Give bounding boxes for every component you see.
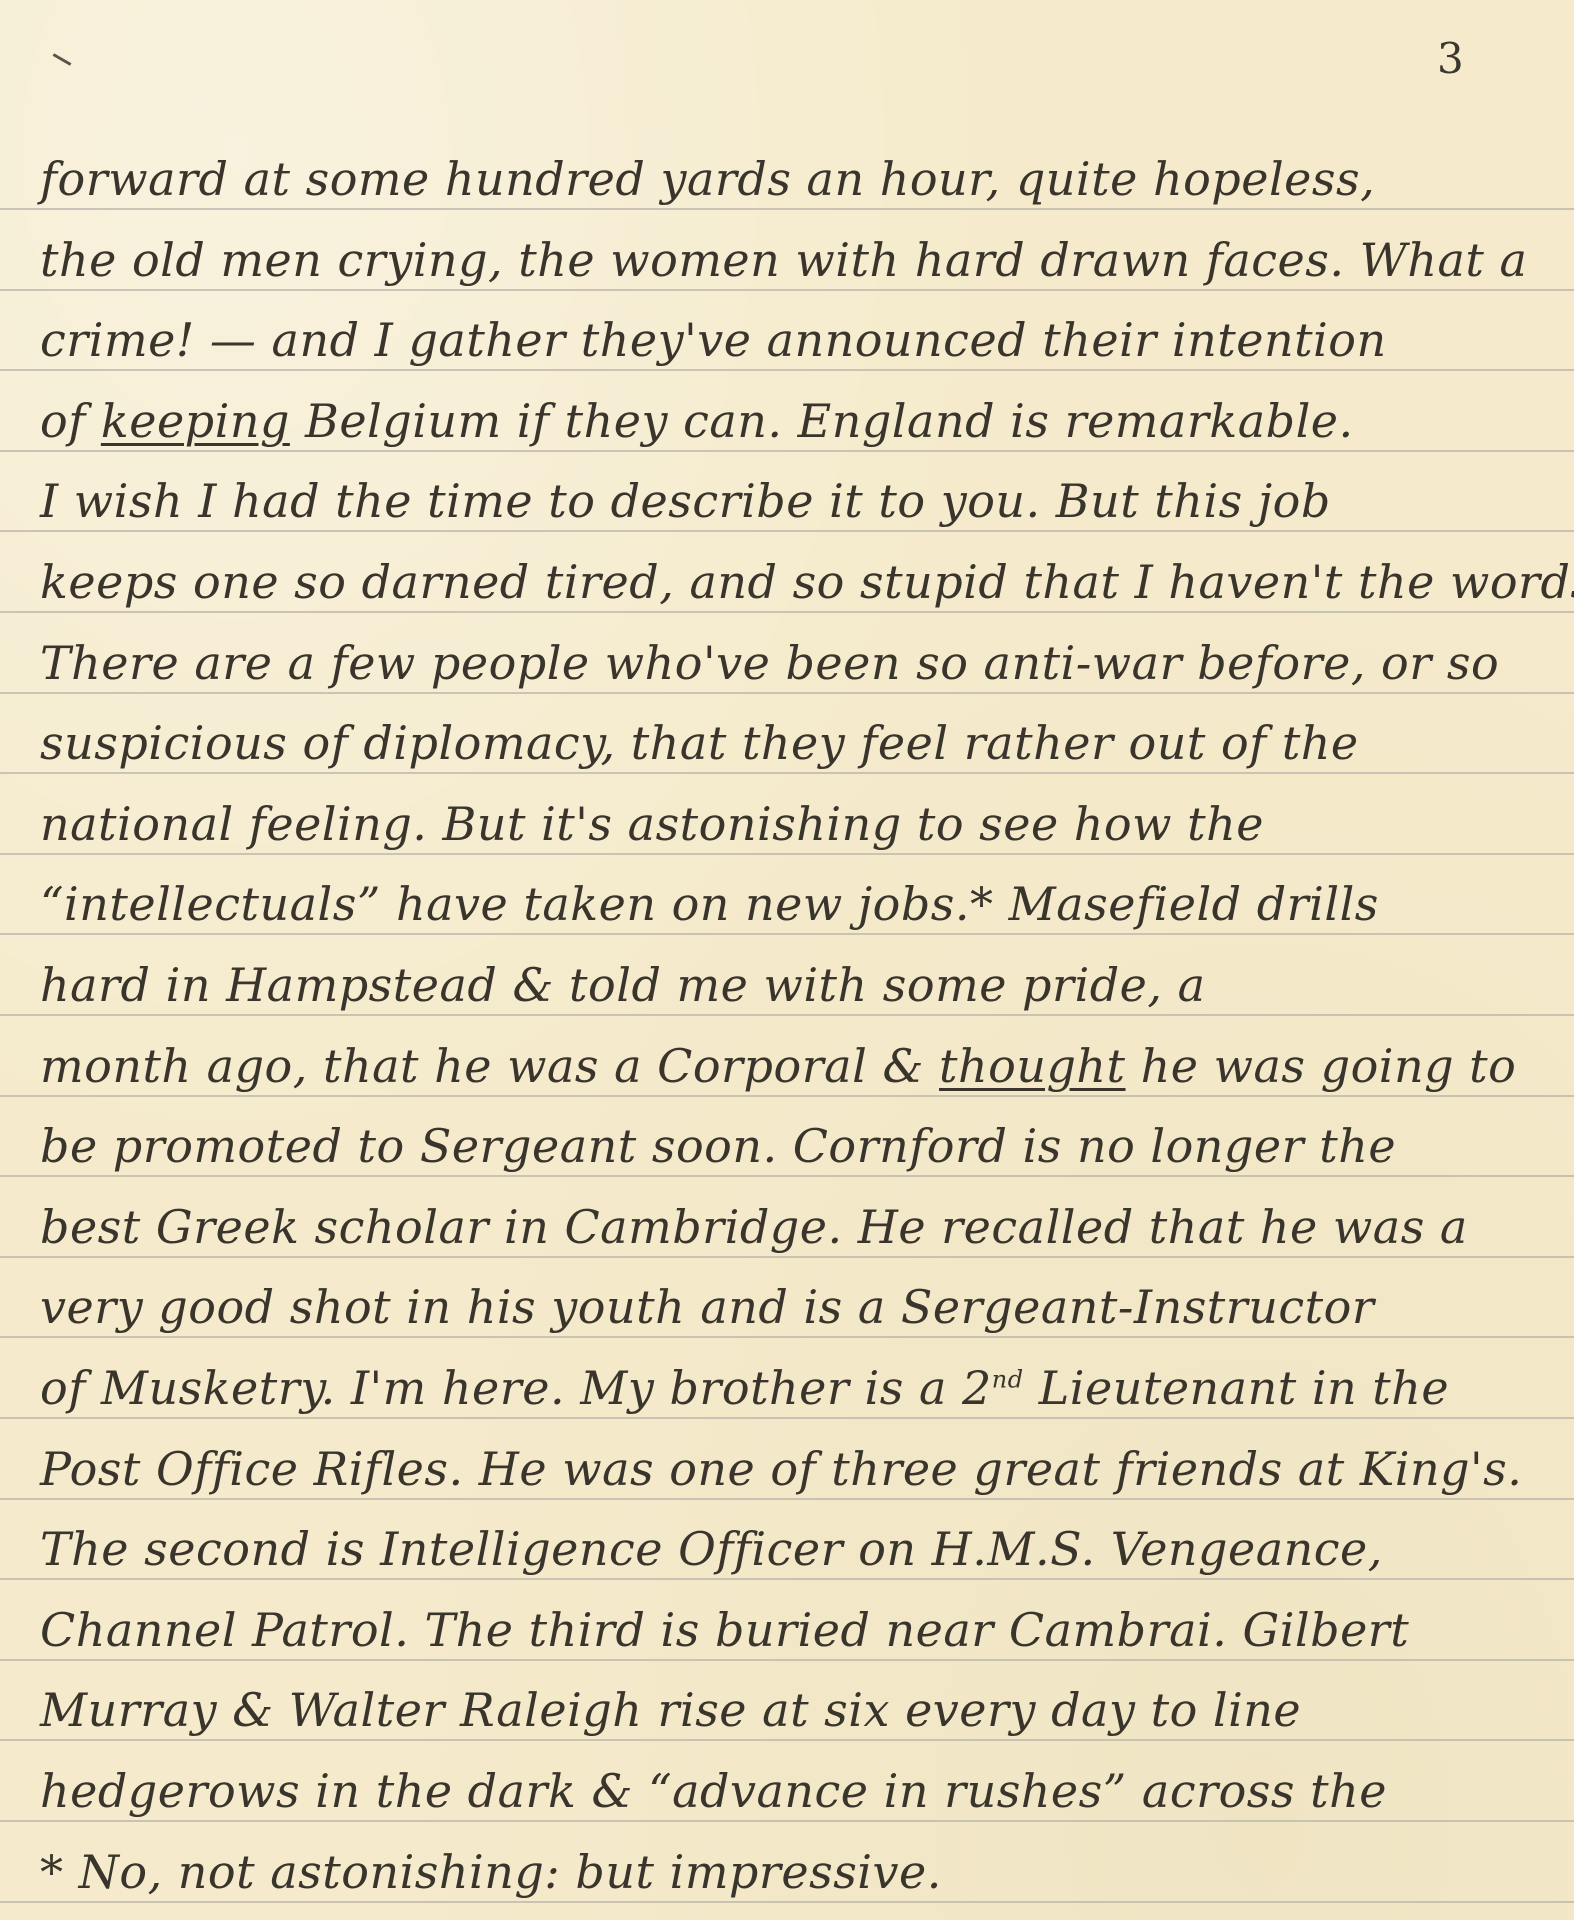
ruled-line — [0, 1578, 1574, 1580]
text-line: I wish I had the time to describe it to … — [40, 478, 1544, 524]
text-line: hedgerows in the dark & “advance in rush… — [40, 1768, 1544, 1814]
ruled-line — [0, 933, 1574, 935]
text-line: hard in Hampstead & told me with some pr… — [40, 962, 1544, 1008]
text-line: crime! — and I gather they've announced … — [40, 317, 1544, 363]
text-line: national feeling. But it's astonishing t… — [40, 801, 1544, 847]
text-line: Channel Patrol. The third is buried near… — [40, 1607, 1544, 1653]
ruled-line — [0, 369, 1574, 371]
text-line: “intellectuals” have taken on new jobs.*… — [40, 881, 1544, 927]
page-number: 3 — [1437, 34, 1464, 83]
ruled-line — [0, 1498, 1574, 1500]
text-line: best Greek scholar in Cambridge. He reca… — [40, 1204, 1544, 1250]
text-line: of keeping Belgium if they can. England … — [40, 398, 1544, 444]
ruled-line — [0, 1014, 1574, 1016]
ruled-line — [0, 692, 1574, 694]
ruled-line — [0, 611, 1574, 613]
text-line: of Musketry. I'm here. My brother is a 2… — [40, 1365, 1544, 1411]
ruled-line — [0, 1256, 1574, 1258]
text-line: month ago, that he was a Corporal & thou… — [40, 1043, 1544, 1089]
ruled-line — [0, 1820, 1574, 1822]
pencil-mark — [53, 53, 72, 66]
ruled-line — [0, 1659, 1574, 1661]
ruled-line — [0, 1095, 1574, 1097]
ruled-line — [0, 208, 1574, 210]
text-line: the old men crying, the women with hard … — [40, 237, 1544, 283]
text-line: Murray & Walter Raleigh rise at six ever… — [40, 1687, 1544, 1733]
text-line: suspicious of diplomacy, that they feel … — [40, 720, 1544, 766]
ruled-line — [0, 1336, 1574, 1338]
text-line: Post Office Rifles. He was one of three … — [40, 1446, 1544, 1492]
text-line: be promoted to Sergeant soon. Cornford i… — [40, 1123, 1544, 1169]
text-line: The second is Intelligence Officer on H.… — [40, 1526, 1544, 1572]
ruled-line — [0, 289, 1574, 291]
ruled-line — [0, 1417, 1574, 1419]
ruled-line — [0, 530, 1574, 532]
ruled-line — [0, 1175, 1574, 1177]
text-line: There are a few people who've been so an… — [40, 640, 1544, 686]
text-line: keeps one so darned tired, and so stupid… — [40, 559, 1544, 605]
ruled-line — [0, 1901, 1574, 1903]
text-line: forward at some hundred yards an hour, q… — [40, 156, 1544, 202]
ruled-line — [0, 853, 1574, 855]
ruled-line — [0, 772, 1574, 774]
ruled-line — [0, 1739, 1574, 1741]
text-line: very good shot in his youth and is a Ser… — [40, 1284, 1544, 1330]
ruled-line — [0, 450, 1574, 452]
footnote: * No, not astonishing: but impressive. — [40, 1849, 1544, 1895]
letter-page: 3 forward at some hundred yards an hour,… — [0, 0, 1574, 1920]
